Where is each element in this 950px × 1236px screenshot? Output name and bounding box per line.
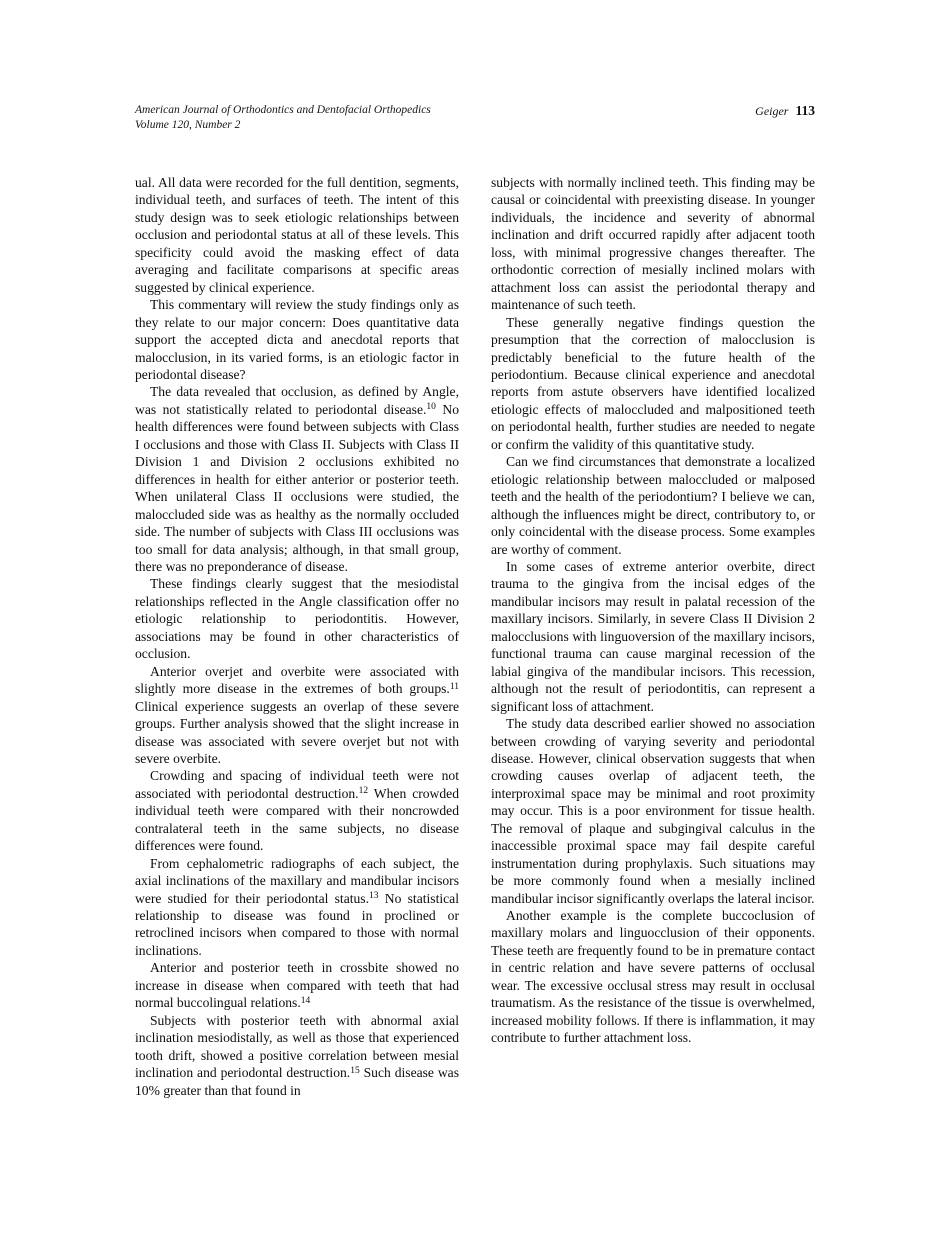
paragraph: Anterior overjet and overbite were assoc… (135, 663, 459, 768)
paragraph: These findings clearly suggest that the … (135, 575, 459, 662)
reference-superscript: 13 (369, 891, 379, 901)
paragraph: These generally negative findings questi… (491, 314, 815, 454)
page-number: 113 (795, 103, 815, 118)
article-body: ual. All data were recorded for the full… (135, 174, 815, 1099)
paragraph: Another example is the complete buccoclu… (491, 907, 815, 1047)
paragraph: The study data described earlier showed … (491, 715, 815, 907)
volume-line: Volume 120, Number 2 (135, 118, 431, 133)
column-right: subjects with normally inclined teeth. T… (491, 174, 815, 1099)
column-left: ual. All data were recorded for the full… (135, 174, 459, 1099)
reference-superscript: 14 (301, 996, 311, 1006)
paragraph: ual. All data were recorded for the full… (135, 174, 459, 296)
reference-superscript: 10 (426, 402, 436, 412)
paragraph: The data revealed that occlusion, as def… (135, 383, 459, 575)
journal-page: American Journal of Orthodontics and Den… (0, 0, 950, 1236)
paragraph: In some cases of extreme anterior overbi… (491, 558, 815, 715)
paragraph: This commentary will review the study fi… (135, 296, 459, 383)
author-name: Geiger (755, 104, 788, 118)
paragraph: Anterior and posterior teeth in crossbit… (135, 959, 459, 1011)
paragraph: Subjects with posterior teeth with abnor… (135, 1012, 459, 1099)
reference-superscript: 12 (359, 786, 369, 796)
paragraph: Can we find circumstances that demonstra… (491, 453, 815, 558)
running-head-left: American Journal of Orthodontics and Den… (135, 103, 431, 133)
paragraph: subjects with normally inclined teeth. T… (491, 174, 815, 314)
running-head-right: Geiger113 (755, 103, 815, 119)
paragraph: From cephalometric radiographs of each s… (135, 855, 459, 960)
reference-superscript: 15 (350, 1066, 360, 1076)
paragraph: Crowding and spacing of individual teeth… (135, 767, 459, 854)
reference-superscript: 11 (450, 682, 459, 692)
running-head: American Journal of Orthodontics and Den… (135, 103, 815, 133)
journal-title: American Journal of Orthodontics and Den… (135, 103, 431, 118)
